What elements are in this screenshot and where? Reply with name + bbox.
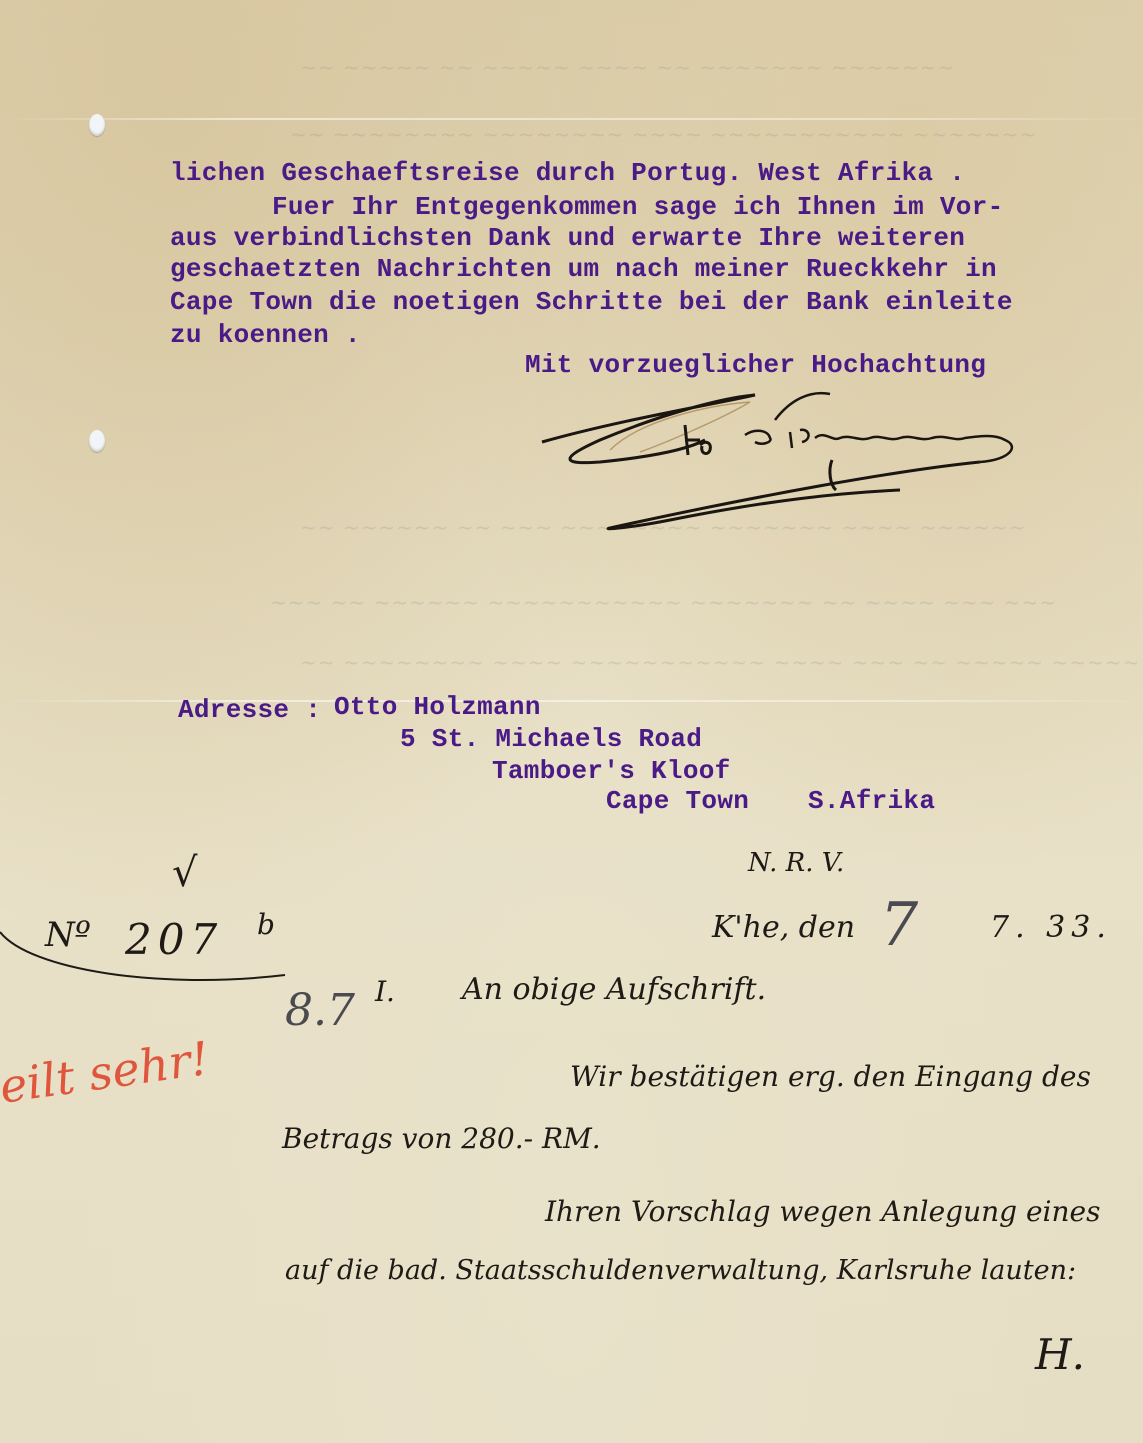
item-marker: I.: [375, 975, 395, 1008]
fold-line: [0, 700, 1143, 702]
urgent-red-note: eilt sehr!: [0, 1031, 212, 1114]
register-number: 207: [125, 915, 223, 964]
address-district: Tamboer's Kloof: [492, 756, 731, 786]
address-street: 5 St. Michaels Road: [400, 724, 702, 754]
bleed-through-text: ~~ ~~~~~ ~~ ~~~~~ ~~~~ ~~ ~~~~~~~ ~~~~~~…: [300, 55, 955, 79]
initials: H.: [1035, 1330, 1085, 1379]
letter-closing: Mit vorzueglicher Hochachtung: [525, 350, 986, 380]
place-date-prefix: K'he, den: [712, 910, 855, 945]
reply-line: Betrags von 280.- RM.: [282, 1122, 601, 1155]
signature: [540, 390, 1060, 540]
address-name: Otto Holzmann: [334, 692, 541, 722]
letter-line: Fuer Ihr Entgegenkommen sage ich Ihnen i…: [272, 192, 1004, 222]
address-country: S.Afrika: [808, 786, 935, 816]
check-mark: √: [172, 850, 198, 896]
punch-hole: [89, 430, 105, 452]
reply-line: auf die bad. Staatsschuldenverwaltung, K…: [285, 1255, 1076, 1286]
address-label: Adresse :: [178, 695, 321, 725]
bleed-through-text: ~~ ~~~~~~~~ ~~~~ ~~~~~~~~~~~ ~~~~ ~~~ ~~…: [300, 650, 1140, 674]
register-number-suffix: b: [257, 908, 275, 941]
reply-line: Ihren Vorschlag wegen Anlegung eines: [545, 1195, 1101, 1228]
letter-page: ~~ ~~~~~ ~~ ~~~~~ ~~~~ ~~ ~~~~~~~ ~~~~~~…: [0, 0, 1143, 1443]
pencil-date: 8.7: [285, 985, 355, 1036]
letter-line: geschaetzten Nachrichten um nach meiner …: [170, 254, 997, 284]
fold-line: [0, 118, 1143, 120]
register-number-prefix: Nº: [45, 915, 91, 955]
date-month-year: 7. 33.: [990, 910, 1112, 945]
bleed-through-text: ~~ ~~~~~~~~ ~~~~~~~~ ~~~~ ~~~~~~~~~~~ ~~…: [290, 122, 1037, 146]
bleed-through-text: ~~~ ~~ ~~~~~~ ~~~~~~~~~~~ ~~~~~~~ ~~ ~~~…: [270, 590, 1057, 614]
letter-line: zu koennen .: [170, 320, 361, 350]
reply-line: Wir bestätigen erg. den Eingang des: [570, 1060, 1091, 1093]
letter-line: lichen Geschaeftsreise durch Portug. Wes…: [170, 158, 965, 188]
punch-hole: [89, 114, 105, 136]
letter-line: Cape Town die noetigen Schritte bei der …: [170, 287, 1013, 317]
header-abbrev: N. R. V.: [748, 848, 844, 878]
letter-line: aus verbindlichsten Dank und erwarte Ihr…: [170, 223, 965, 253]
item-heading: An obige Aufschrift.: [462, 972, 766, 1007]
address-city: Cape Town: [606, 786, 749, 816]
date-day: 7: [880, 890, 918, 960]
